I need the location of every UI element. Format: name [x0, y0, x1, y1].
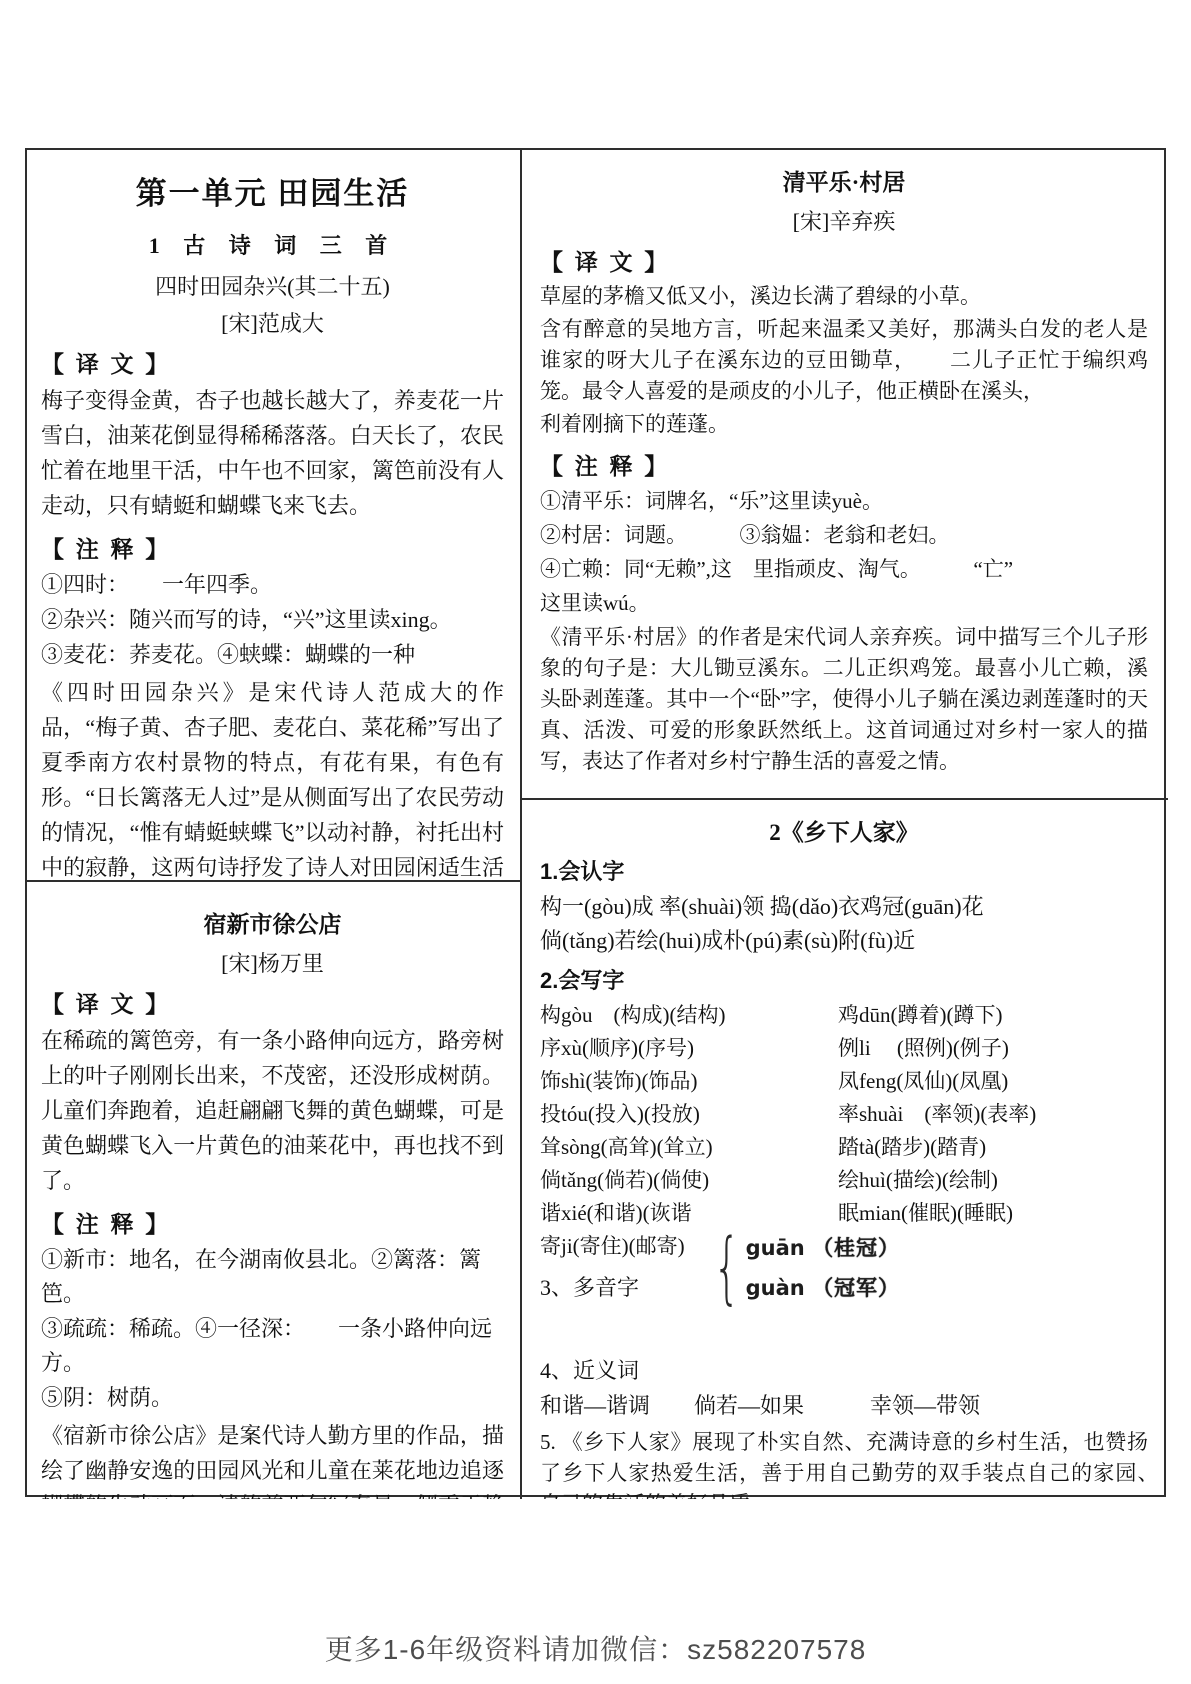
- notes-label: 【 注 释 】: [41, 1206, 504, 1239]
- word-row: 倘tǎng(倘若)(倘使) 绘huì(描绘)(绘制): [540, 1164, 1148, 1197]
- word-item: 绘huì(描绘)(绘制): [838, 1164, 1148, 1197]
- section-poem-qingpingle: 清平乐·村居 [宋]辛弃疾 【 译 文 】 草屋的茅檐又低又小，溪边长满了碧绿的…: [522, 150, 1168, 800]
- brace-icon: {: [713, 1229, 740, 1307]
- word-item: 凤feng(凤仙)(凤凰): [838, 1065, 1148, 1098]
- note-line: ⑤阴：树荫。: [41, 1381, 504, 1415]
- word-row: 投tóu(投入)(投放) 率shuài (率领)(表率): [540, 1098, 1148, 1131]
- word-item: 例li (照例)(例子): [838, 1032, 1148, 1065]
- translation-line: 含有醉意的吴地方言，听起来温柔又美好，那满头白发的老人是谁家的呀大儿子在溪东边的…: [540, 314, 1148, 407]
- polyphone-figure: { guān （桂冠） guàn （冠军）: [702, 1228, 900, 1308]
- note-line: ①新市：地名，在今湖南攸县北。②篱落：篱笆。: [41, 1243, 504, 1311]
- section-poem-suxinshi: 宿新市徐公店 [宋]杨万里 【 译 文 】 在稀疏的篱笆旁，有一条小路伸向远方，…: [27, 882, 522, 1499]
- notes-label: 【 注 释 】: [41, 531, 504, 564]
- word-item: 倘tǎng(倘若)(倘使): [540, 1164, 838, 1197]
- note-line: ④亡赖：同“无赖”,这 里指顽皮、淘气。 “亡”: [540, 553, 1148, 586]
- xiezi-label: 2.会写字: [540, 964, 1148, 995]
- word-row: 饰shì(装饰)(饰品) 凤feng(凤仙)(凤凰): [540, 1065, 1148, 1098]
- footer-wechat-note: 更多1-6年级资料请加微信：sz582207578: [0, 1628, 1191, 1668]
- word-item: 眠mian(催眠)(睡眠): [838, 1197, 1148, 1230]
- pinyin: guān: [746, 1236, 805, 1260]
- translation-line: 草屋的茅檐又低又小，溪边长满了碧绿的小草。: [540, 281, 1148, 312]
- word-item: 耸sòng(高耸)(耸立): [540, 1131, 838, 1164]
- summary-text: 5. 《乡下人家》展现了朴实自然、充满诗意的乡村生活，也赞扬了乡下人家热爱生活，…: [540, 1427, 1148, 1499]
- word-item: 谐xié(和谐)(诙谐: [540, 1197, 838, 1230]
- word-item: 饰shì(装饰)(饰品): [540, 1065, 838, 1098]
- translation-label: 【 译 文 】: [41, 986, 504, 1019]
- word-row: 耸sòng(高耸)(耸立) 踏tà(踏步)(踏青): [540, 1131, 1148, 1164]
- note-line: 这里读wú。: [540, 587, 1148, 620]
- poem-title: 四时田园杂兴(其二十五): [41, 270, 504, 301]
- poem-author: [宋]范成大: [41, 307, 504, 338]
- lesson-title: 1 古 诗 词 三 首: [41, 229, 504, 260]
- polyphone-entry: guān （桂冠）: [746, 1228, 900, 1268]
- notes-label: 【 注 释 】: [540, 448, 1148, 481]
- translation-label: 【 译 文 】: [41, 346, 504, 379]
- section-poem-sishitianyuan: 第一单元 田园生活 1 古 诗 词 三 首 四时田园杂兴(其二十五) [宋]范成…: [27, 150, 522, 882]
- word-item: 鸡dūn(蹲着)(蹲下): [838, 999, 1148, 1032]
- example-word: （冠军）: [812, 1276, 900, 1300]
- section-xiangxiarenjia: 2《乡下人家》 1.会认字 构一(gòu)成 率(shuài)领 捣(dǎo)衣…: [522, 800, 1168, 1499]
- word-item: 序xù(顺序)(序号): [540, 1032, 838, 1065]
- renzi-label: 1.会认字: [540, 855, 1148, 886]
- note-line: ③麦花：荞麦花。④蛱蝶：蝴蝶的一种: [41, 638, 504, 672]
- poem-title: 清平乐·村居: [540, 164, 1148, 197]
- poem-title: 宿新市徐公店: [41, 906, 504, 939]
- worksheet-page: { "left_top": { "unit_title": "第一单元 田园生活…: [0, 0, 1191, 1684]
- word-item: 踏tà(踏步)(踏青): [838, 1131, 1148, 1164]
- word-item: 率shuài (率领)(表率): [838, 1098, 1148, 1131]
- translation-text: 在稀疏的篱笆旁，有一条小路伸向远方，路旁树上的叶子刚刚长出来，不茂密，还没形成树…: [41, 1023, 504, 1198]
- worksheet-table: 第一单元 田园生活 1 古 诗 词 三 首 四时田园杂兴(其二十五) [宋]范成…: [25, 148, 1166, 1497]
- analysis-text: 《宿新市徐公店》是案代诗人勤方里的作品，描绘了幽静安逸的田园风光和儿童在莱花地边…: [41, 1418, 504, 1499]
- note-line: ②村居：词题。 ③翁媪：老翁和老妇。: [540, 519, 1148, 552]
- pinyin: guàn: [746, 1276, 805, 1300]
- poem-author: [宋]杨万里: [41, 947, 504, 978]
- word-row: 序xù(顺序)(序号) 例li (照例)(例子): [540, 1032, 1148, 1065]
- analysis-text: 《清平乐·村居》的作者是宋代词人亲弃疾。词中描写三个儿子形象的句子是：大儿锄豆溪…: [540, 622, 1148, 777]
- word-item: 构gòu (构成)(结构): [540, 999, 838, 1032]
- synonyms-line: 和谐—谐调 倘若—如果 幸领—带领: [540, 1389, 1148, 1423]
- renzi-line: 构一(gòu)成 率(shuài)领 捣(dǎo)衣鸡冠(guān)花: [540, 890, 1148, 924]
- translation-line: 利着刚摘下的莲蓬。: [540, 409, 1148, 440]
- note-line: ①清平乐：词牌名，“乐”这里读yuè。: [540, 485, 1148, 518]
- renzi-line: 倘(tǎng)若绘(hui)成朴(pú)素(sù)附(fù)近: [540, 924, 1148, 958]
- note-line: ③疏疏：稀疏。④一径深： 一条小路仲向远方。: [41, 1312, 504, 1380]
- translation-label: 【 译 文 】: [540, 244, 1148, 277]
- note-line: ②杂兴：随兴而写的诗，“兴”这里读xing。: [41, 603, 504, 637]
- analysis-text: 《四时田园杂兴》是宋代诗人范成大的作品，“梅子黄、杏子肥、麦花白、菜花稀”写出了…: [41, 675, 504, 882]
- example-word: （桂冠）: [812, 1236, 900, 1260]
- word-row: 谐xié(和谐)(诙谐 眠mian(催眠)(睡眠): [540, 1197, 1148, 1230]
- poem-author: [宋]辛弃疾: [540, 205, 1148, 236]
- spacer: [540, 1302, 1148, 1346]
- polyphone-entry: guàn （冠军）: [746, 1268, 900, 1308]
- translation-text: 梅子变得金黄，杏子也越长越大了，养麦花一片雪白，油莱花倒显得稀稀落落。白天长了，…: [41, 383, 504, 523]
- note-line: ①四时： 一年四季。: [41, 568, 504, 602]
- unit-title: 第一单元 田园生活: [41, 168, 504, 213]
- word-row: 构gòu (构成)(结构) 鸡dūn(蹲着)(蹲下): [540, 999, 1148, 1032]
- word-item: 投tóu(投入)(投放): [540, 1098, 838, 1131]
- section-title: 2《乡下人家》: [540, 814, 1148, 847]
- synonyms-label: 4、近义词: [540, 1354, 1148, 1385]
